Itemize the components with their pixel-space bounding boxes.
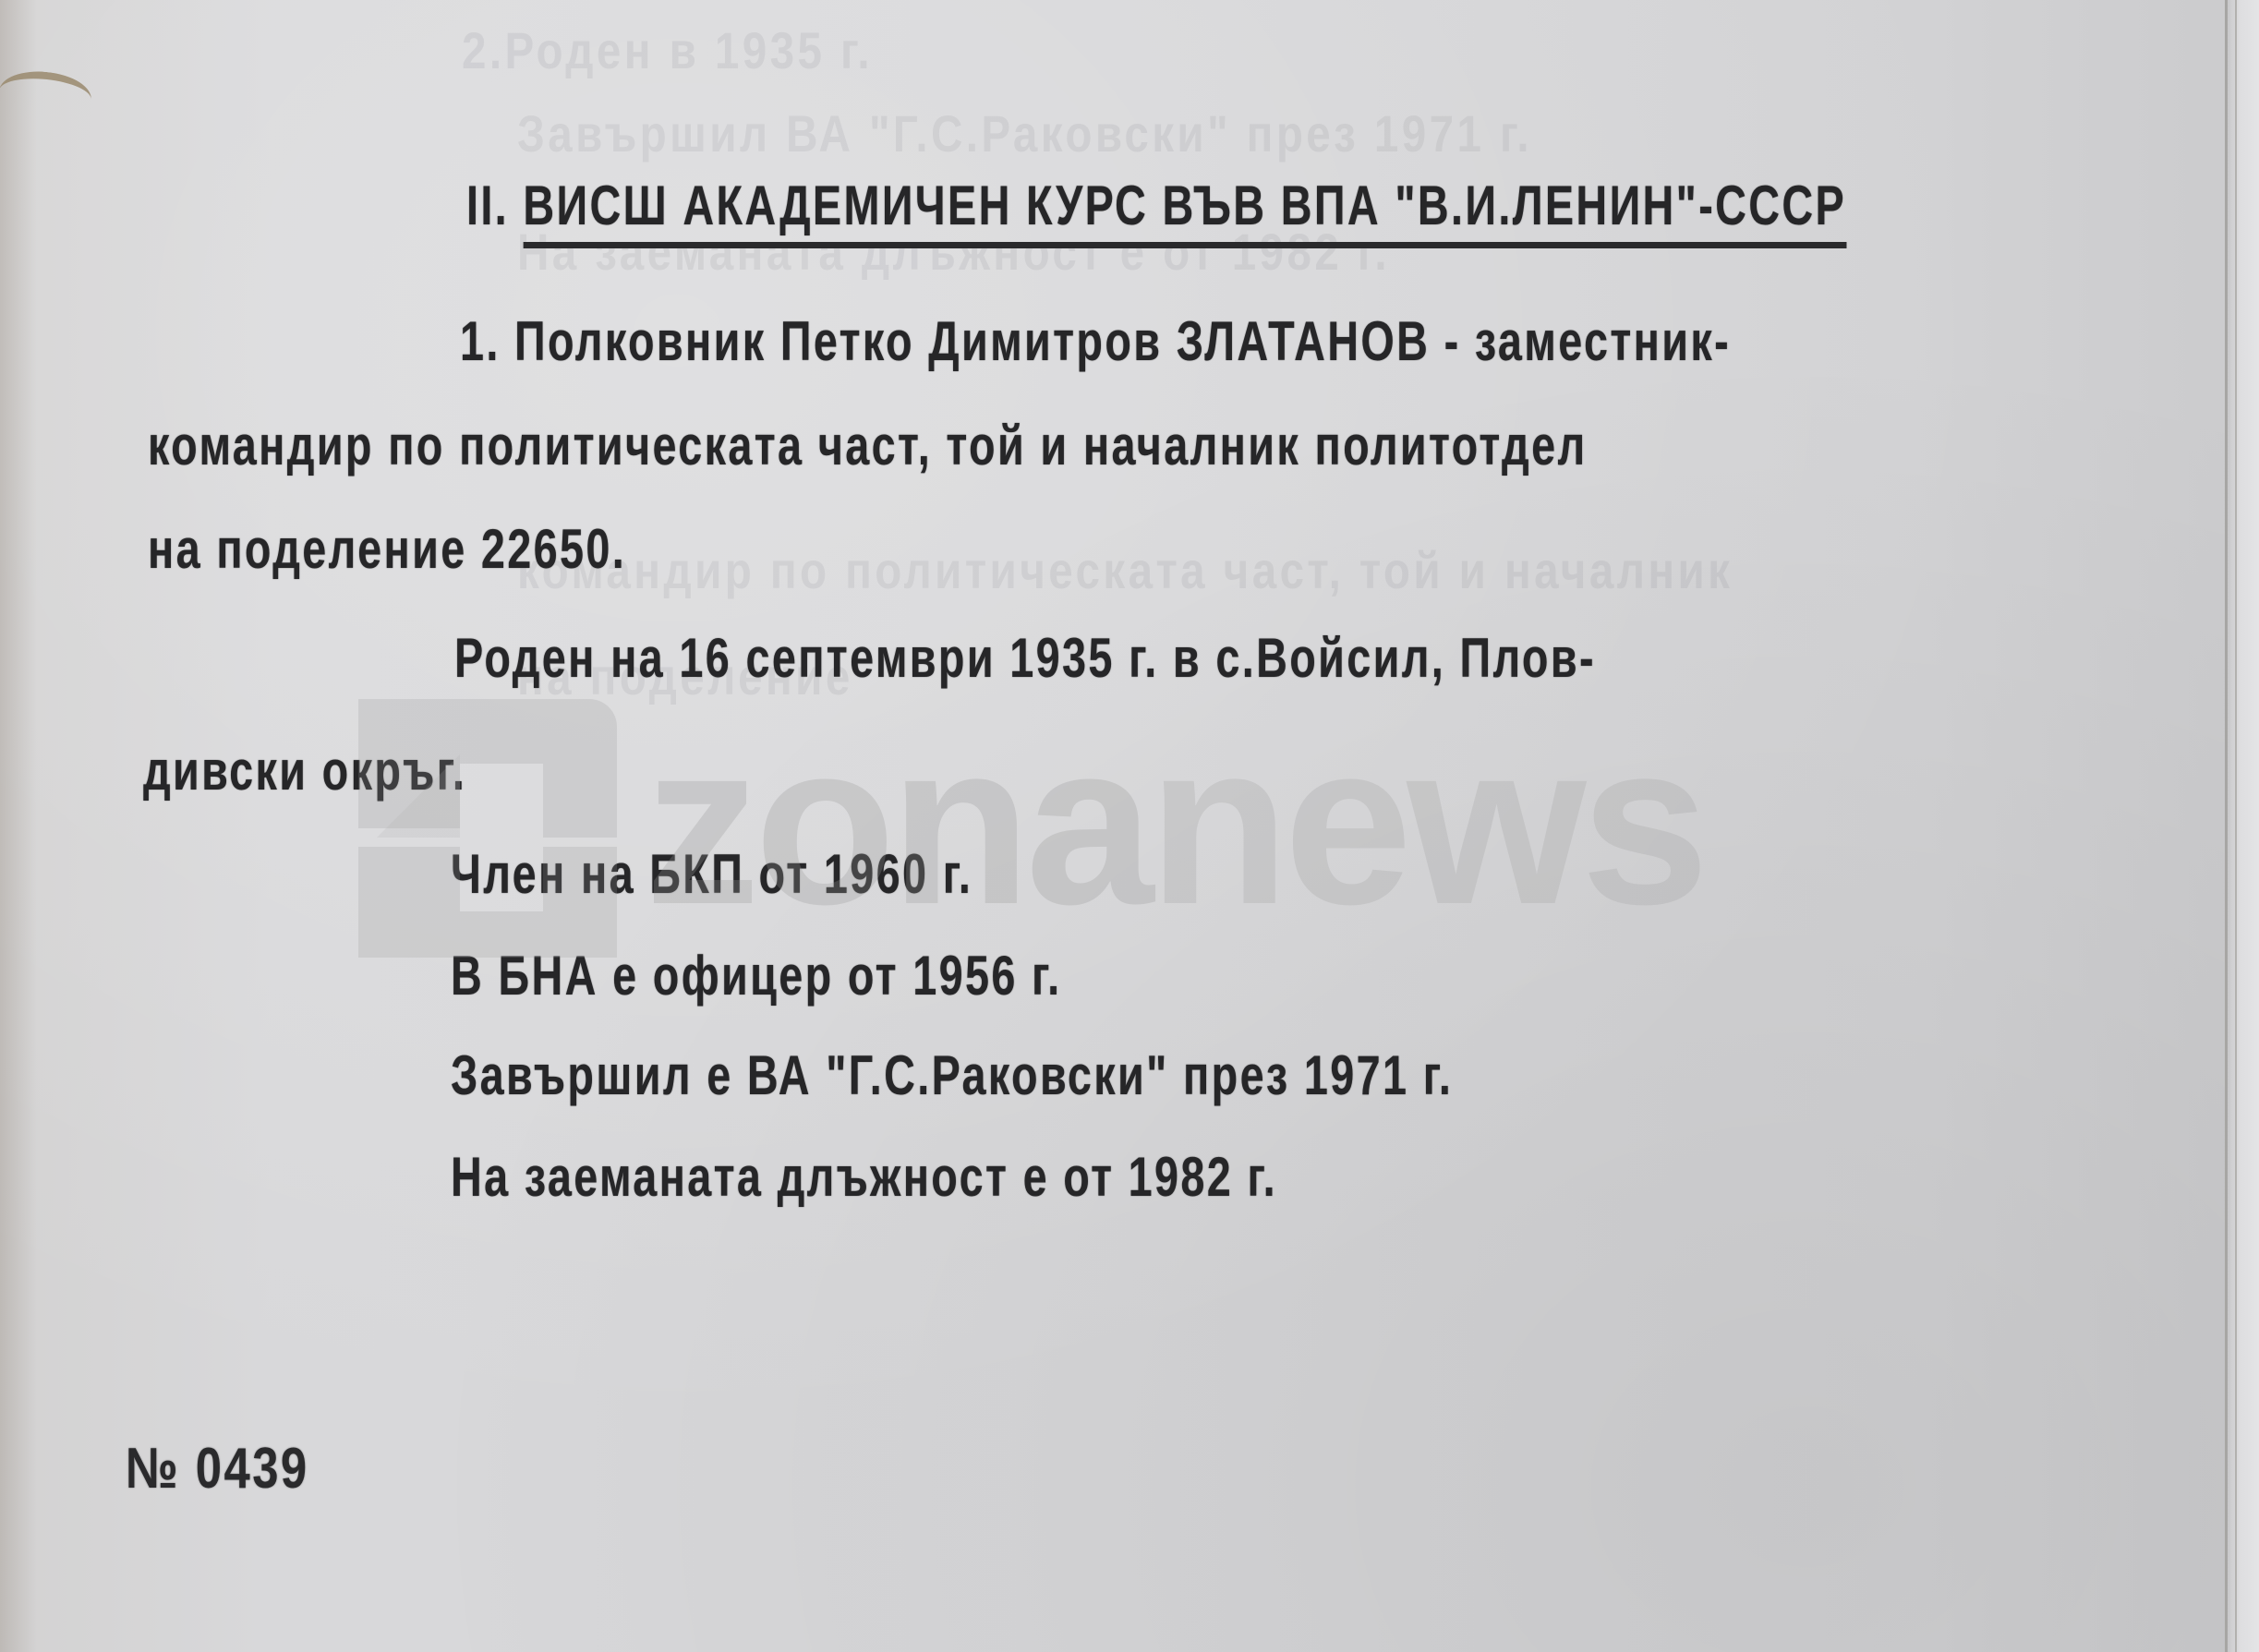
bleed-through-line: 2.Роден в 1935 г. <box>462 20 873 80</box>
entry-name-line: 1. Полковник Петко Димитров ЗЛАТАНОВ - з… <box>460 309 1731 373</box>
current-position-line: На заеманата длъжност е от 1982 г. <box>451 1145 1277 1209</box>
birth-line: Роден на 16 септември 1935 г. в с.Войсил… <box>454 626 1596 690</box>
section-heading: II. ВИСШ АКАДЕМИЧЕН КУРС ВЪВ ВПА "В.И.ЛЕ… <box>466 174 1846 237</box>
zonanews-logo-icon <box>358 699 617 958</box>
bleed-through-line: Завършил ВА "Г.С.Раковски" през 1971 г. <box>517 103 1532 163</box>
bleed-through-line: командир по политическата част, той и на… <box>517 540 1733 600</box>
binding-shadow <box>0 0 37 1652</box>
section-title: ВИСШ АКАДЕМИЧЕН КУРС ВЪВ ВПА "В.И.ЛЕНИН"… <box>523 175 1846 248</box>
graduation-line: Завършил е ВА "Г.С.Раковски" през 1971 г… <box>451 1043 1453 1107</box>
document-number: № 0439 <box>126 1436 309 1501</box>
entry-unit-line: на поделение 22650. <box>148 517 626 581</box>
watermark-brand-suffix: news <box>1148 694 1703 952</box>
watermark: zonanews <box>358 699 1928 967</box>
birth-line-continued: дивски окръг. <box>143 739 466 802</box>
party-membership-line: Член на БКП от 1960 г. <box>451 842 972 906</box>
entry-position-line: командир по политическата част, той и на… <box>148 414 1588 477</box>
section-number: II. <box>466 175 509 236</box>
watermark-brand-prefix: zona <box>645 694 1148 952</box>
document-page: 2.Роден в 1935 г. Завършил ВА "Г.С.Раков… <box>0 0 2259 1652</box>
officer-since-line: В БНА е офицер от 1956 г. <box>451 944 1062 1007</box>
paper-stack-edge <box>2225 0 2259 1652</box>
